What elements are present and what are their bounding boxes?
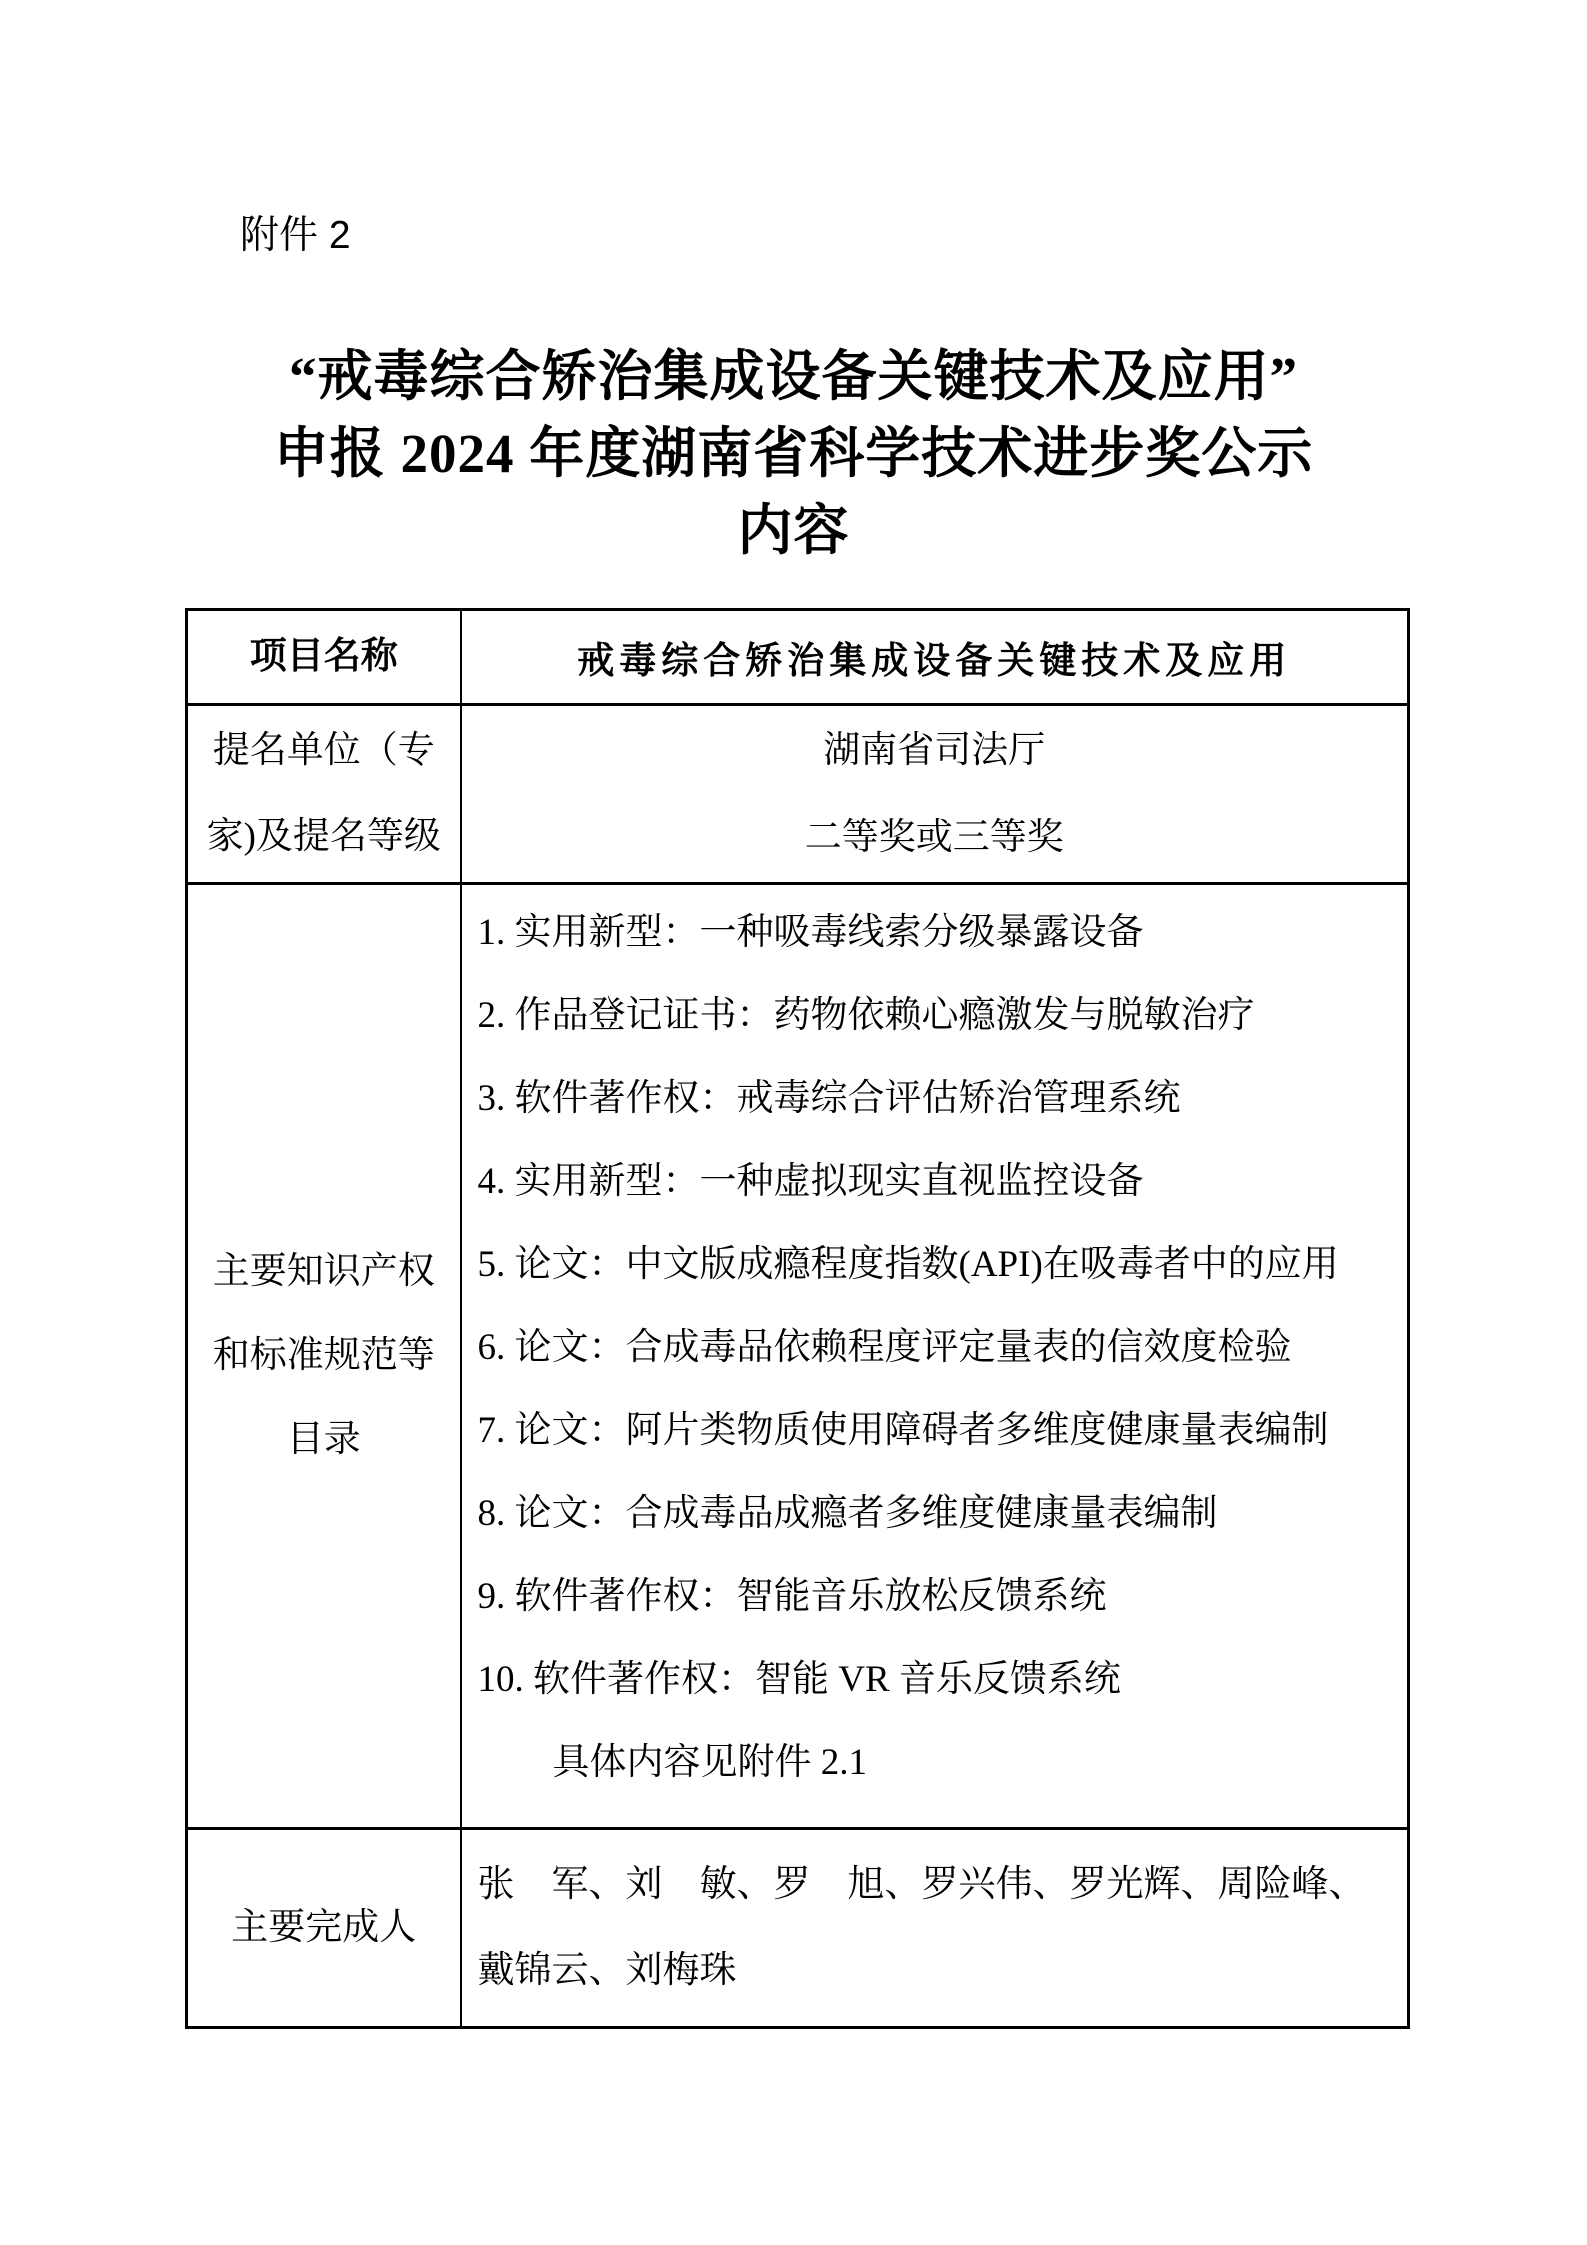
completers-label: 主要完成人 [187,1829,461,2028]
title-line-3: 内容 [0,492,1587,569]
ip-list-item: 3. 软件著作权：戒毒综合评估矫治管理系统 [478,1057,1388,1140]
project-name-value: 戒毒综合矫治集成设备关键技术及应用 [461,610,1409,705]
ip-list-note: 具体内容见附件 2.1 [478,1721,1388,1804]
ip-list-value: 1. 实用新型：一种吸毒线索分级暴露设备 2. 作品登记证书：药物依赖心瘾激发与… [461,884,1409,1829]
completers-value: 张 军、刘 敏、罗 旭、罗兴伟、罗光辉、周险峰、 戴锦云、刘梅珠 [461,1829,1409,2028]
ip-list-item: 6. 论文：合成毒品依赖程度评定量表的信效度检验 [478,1306,1388,1389]
table-row-ip-list: 主要知识产权 和标准规范等 目录 1. 实用新型：一种吸毒线索分级暴露设备 2.… [187,884,1409,1829]
attachment-label: 附件 2 [240,204,351,260]
table-row-project-name: 项目名称 戒毒综合矫治集成设备关键技术及应用 [187,610,1409,705]
nominator-label: 提名单位（专 家)及提名等级 [187,705,461,884]
ip-list-item: 9. 软件著作权：智能音乐放松反馈系统 [478,1555,1388,1638]
ip-list-item: 1. 实用新型：一种吸毒线索分级暴露设备 [478,891,1388,974]
document-page: 附件 2 “戒毒综合矫治集成设备关键技术及应用” 申报 2024 年度湖南省科学… [0,0,1587,2245]
ip-list-item: 10. 软件著作权：智能 VR 音乐反馈系统 [478,1638,1388,1721]
ip-list-item: 2. 作品登记证书：药物依赖心瘾激发与脱敏治疗 [478,974,1388,1057]
nominator-value: 湖南省司法厅 二等奖或三等奖 [461,705,1409,884]
ip-list-item: 8. 论文：合成毒品成瘾者多维度健康量表编制 [478,1472,1388,1555]
award-table: 项目名称 戒毒综合矫治集成设备关键技术及应用 提名单位（专 家)及提名等级 湖南… [185,608,1410,2029]
ip-list-item: 4. 实用新型：一种虚拟现实直视监控设备 [478,1140,1388,1223]
ip-list-item: 7. 论文：阿片类物质使用障碍者多维度健康量表编制 [478,1389,1388,1472]
ip-list-label: 主要知识产权 和标准规范等 目录 [187,884,461,1829]
title-line-1: “戒毒综合矫治集成设备关键技术及应用” [0,338,1587,415]
document-title: “戒毒综合矫治集成设备关键技术及应用” 申报 2024 年度湖南省科学技术进步奖… [0,338,1587,569]
table-row-completers: 主要完成人 张 军、刘 敏、罗 旭、罗兴伟、罗光辉、周险峰、 戴锦云、刘梅珠 [187,1829,1409,2028]
title-line-2: 申报 2024 年度湖南省科学技术进步奖公示 [0,415,1587,492]
ip-list-item: 5. 论文：中文版成瘾程度指数(API)在吸毒者中的应用 [478,1223,1388,1306]
table-row-nominator: 提名单位（专 家)及提名等级 湖南省司法厅 二等奖或三等奖 [187,705,1409,884]
project-name-label: 项目名称 [187,610,461,705]
nomination-grade: 二等奖或三等奖 [462,794,1408,881]
nominating-unit: 湖南省司法厅 [462,707,1408,794]
